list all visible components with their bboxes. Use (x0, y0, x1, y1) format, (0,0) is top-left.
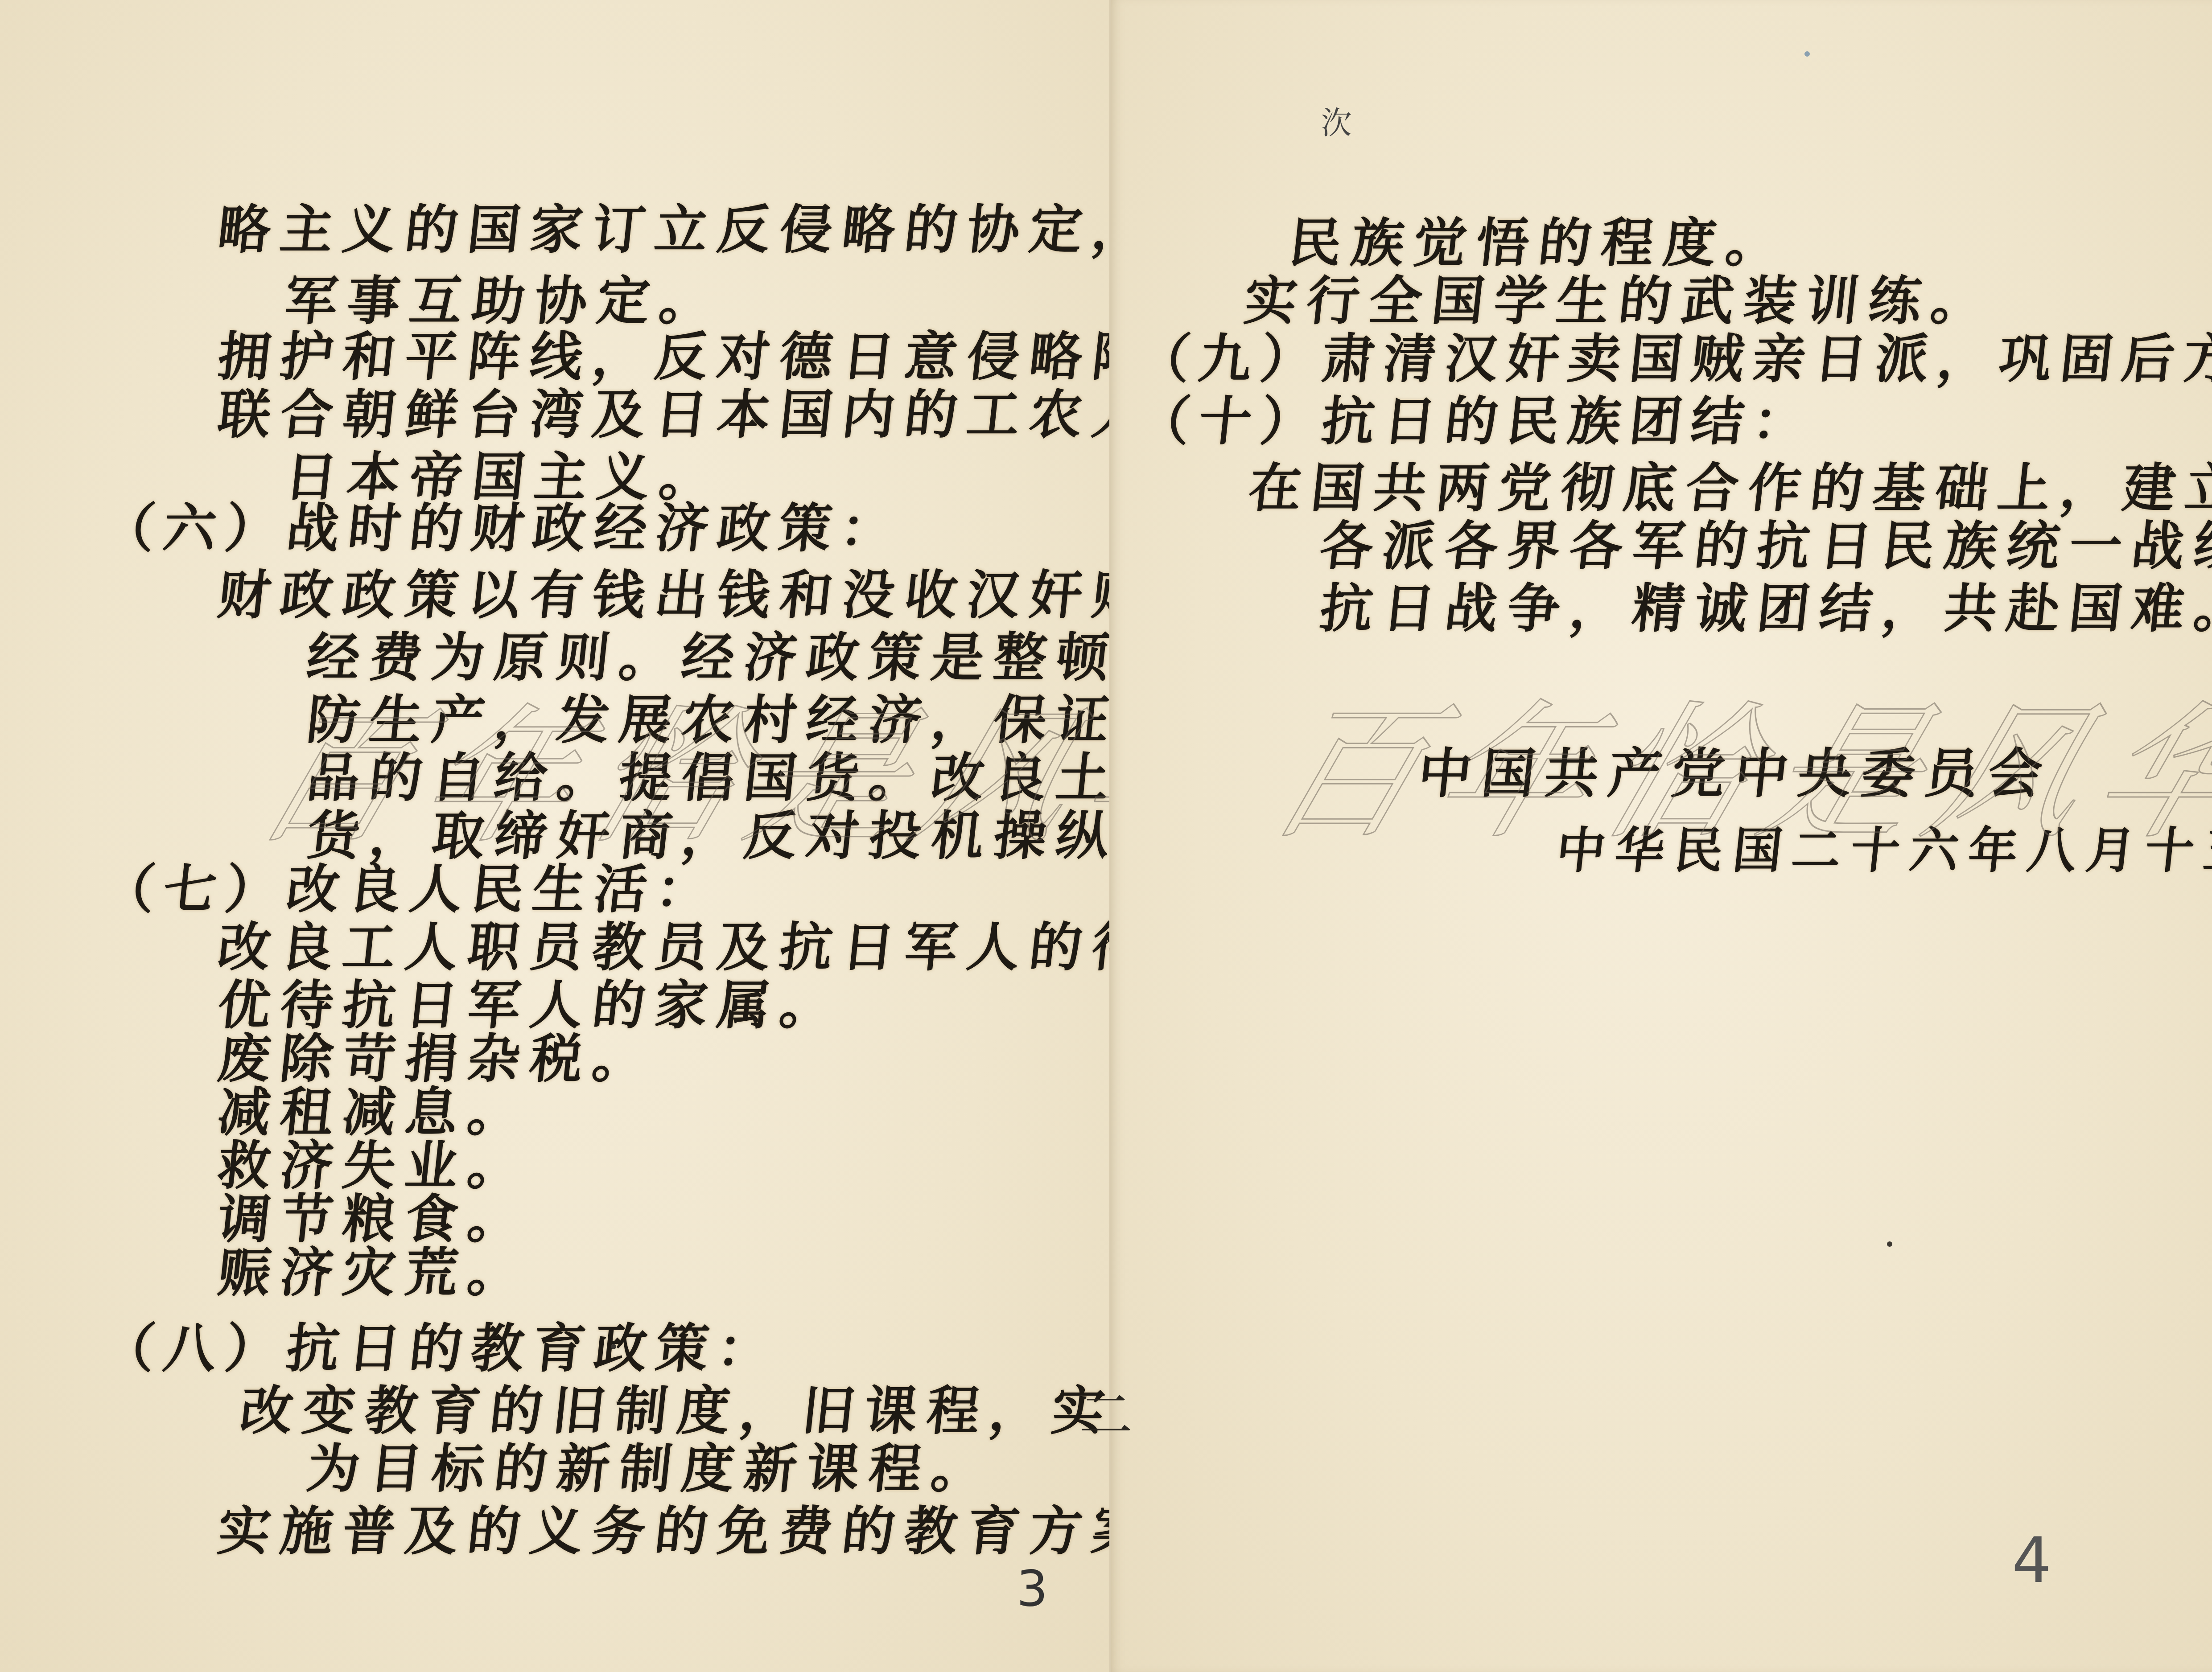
section-heading-6: （六）战时的财政经济政策： (99, 486, 906, 562)
signature-date: 中华民国二十六年八月十五日 (1553, 811, 2212, 882)
section-heading-10: （十）抗日的民族团结： (1134, 379, 1819, 455)
page-number-right: 4 (2012, 1524, 2051, 1597)
fold-page-mark: 二 (1079, 1373, 1133, 1450)
ink-speck (611, 1344, 616, 1349)
top-mark: 㳄 (1321, 98, 1352, 143)
left-page: 略主义的国家订立反侵略的协定，反抗日的 军事互助协定。 拥护和平阵线，反对德日意… (0, 0, 1109, 1672)
right-page: 㳄 民族觉悟的程度。 实行全国学生的武装训练。 （九）肃清汉奸卖国贼亲日派，巩固… (1109, 0, 2212, 1672)
signature-committee: 中国共产党中央委员会 (1415, 731, 2056, 808)
text-line: 抗日战争，精诚团结，共赴国难。 (1317, 566, 2212, 642)
text-line: 赈济灾荒。 (214, 1230, 535, 1306)
ink-speck (1887, 1241, 1892, 1247)
page-number-left: 3 (1017, 1560, 1048, 1617)
ink-speck (1804, 51, 1810, 57)
